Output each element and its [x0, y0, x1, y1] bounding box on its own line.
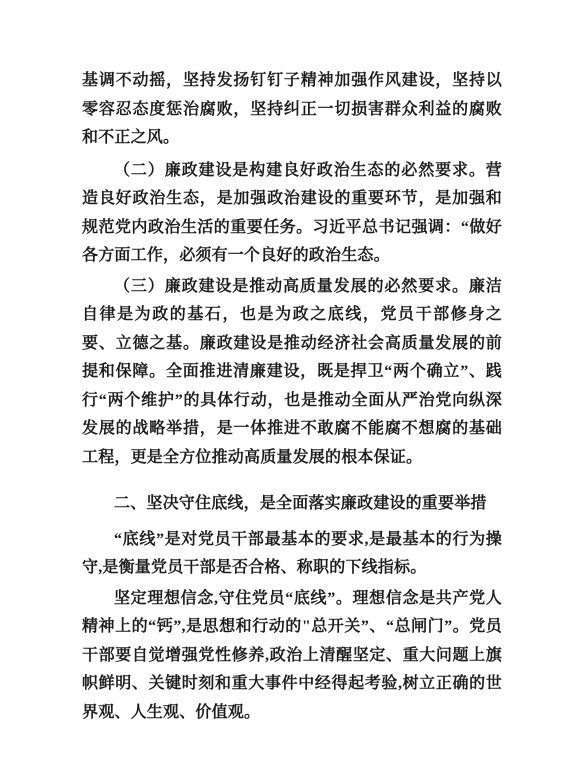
paragraph-continuation: 基调不动摇，坚持发扬钉钉子精神加强作风建设，坚持以零容忍态度惩治腐败，坚持纠正一…	[82, 67, 502, 153]
paragraph-bottom-line: “底线”是对党员干部最基本的要求,是最基本的行为操守,是衡量党员干部是否合格、称…	[82, 526, 502, 583]
paragraph-point-two: （二）廉政建设是构建良好政治生态的必然要求。营造良好政治生态，是加强政治建设的重…	[82, 157, 502, 271]
section-heading: 二、坚决守住底线，是全面落实廉政建设的重要举措	[82, 490, 502, 519]
document-page: 基调不动摇，坚持发扬钉钉子精神加强作风建设，坚持以零容忍态度惩治腐败，坚持纠正一…	[0, 0, 586, 759]
paragraph-point-three: （三）廉政建设是推动高质量发展的必然要求。廉洁自律是为政的基石，也是为政之底线，…	[82, 273, 502, 473]
document-body: 基调不动摇，坚持发扬钉钉子精神加强作风建设，坚持以零容忍态度惩治腐败，坚持纠正一…	[82, 67, 502, 727]
paragraph-ideals: 坚定理想信念,守住党员“底线”。理想信念是共产党人精神上的“钙”,是思想和行动的…	[82, 585, 502, 728]
